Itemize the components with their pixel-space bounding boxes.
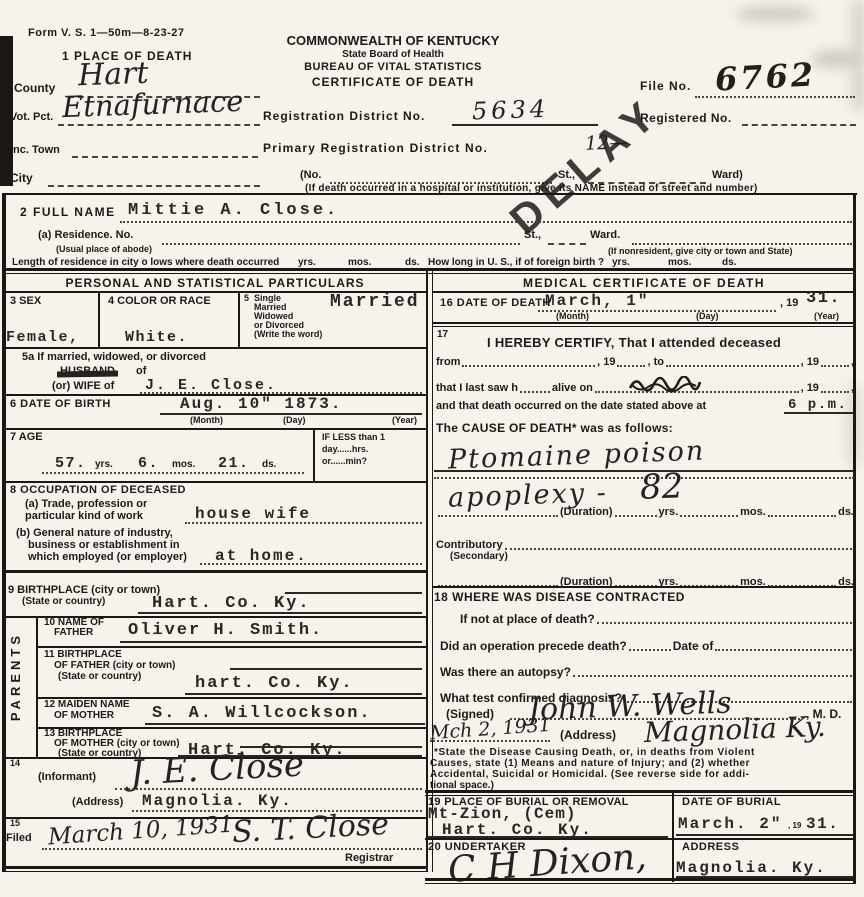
burial-cell-divider xyxy=(672,790,674,882)
county-label: County xyxy=(14,82,55,95)
undertaker-address-value: Magnolia. Ky. xyxy=(676,860,827,876)
father-bp-l2: OF FATHER (city or town) xyxy=(54,661,175,672)
age-months-value: 6. xyxy=(138,456,159,471)
occupation-a2: particular kind of work xyxy=(25,511,143,523)
disease-section-rule xyxy=(433,586,856,588)
alive-tail: , xyxy=(851,383,854,395)
burial-date-line xyxy=(676,834,854,836)
father-bp-l3: (State or country) xyxy=(58,672,141,683)
informant-signature: J. E. Close xyxy=(129,747,305,790)
residence-line xyxy=(162,243,520,245)
bureau-subtitle: BUREAU OF VITAL STATISTICS xyxy=(268,62,518,74)
certify-num: 17 xyxy=(437,330,448,341)
cell-divider xyxy=(238,292,240,347)
from-19-line xyxy=(617,365,645,367)
or-min-label: or......min? xyxy=(322,457,367,466)
burial-date-month: March. 2" xyxy=(678,816,782,832)
bottom-rule-a xyxy=(425,878,856,881)
filed-num: 15 xyxy=(10,819,20,828)
dob-label: 6 DATE OF BIRTH xyxy=(10,399,111,411)
certify-line: I HEREBY CERTIFY, That I attended deceas… xyxy=(487,336,781,350)
duration1-ds: ds. xyxy=(838,507,854,519)
scan-smudge xyxy=(735,6,815,22)
how-long-mos: mos. xyxy=(668,258,691,269)
sex-label: 3 SEX xyxy=(10,296,41,308)
length-ds: ds. xyxy=(405,258,419,269)
not-at-place-line: If not at place of death? xyxy=(460,611,854,626)
informant-num: 14 xyxy=(10,759,20,768)
physician-address-value: Magnolia Ky. xyxy=(644,713,827,747)
county-value: Hart xyxy=(77,59,148,91)
or-wife-of-label: (or) WIFE of xyxy=(52,381,114,393)
operation-fill-b xyxy=(715,649,852,651)
dod-year-label: (Year) xyxy=(814,312,839,321)
dob-day-label: (Day) xyxy=(283,416,306,425)
age-days-unit: ds. xyxy=(262,460,276,471)
occurred-line: and that death occurred on the date stat… xyxy=(436,401,706,413)
occupation-a1: (a) Trade, profession or xyxy=(25,499,147,511)
ward-label: Ward) xyxy=(712,170,743,182)
contributory-line: Contributory xyxy=(436,537,854,552)
inc-town-line xyxy=(72,156,258,158)
color-race-value: White. xyxy=(125,330,188,345)
dod-rule-b xyxy=(433,326,856,327)
vot-pct-value: Etnafurnace xyxy=(62,87,244,122)
cell-divider xyxy=(98,292,100,347)
marital-write-word: (Write the word) xyxy=(254,330,322,339)
alive-19: , 19 xyxy=(801,383,819,395)
box-border-left xyxy=(2,193,6,872)
reg-district-label: Registration District No. xyxy=(263,110,425,123)
dob-month-label: (Month) xyxy=(190,416,223,425)
father-bp-l1: 11 BIRTHPLACE xyxy=(44,650,122,661)
dod-day-label: (Day) xyxy=(696,312,719,321)
marital-num: 5 xyxy=(244,294,249,303)
dod-rule-a xyxy=(433,322,856,324)
autopsy-fill xyxy=(573,675,852,677)
length-label: Length of residence in city o lows where… xyxy=(12,258,279,269)
from-tail: , xyxy=(851,357,854,369)
duration1-c xyxy=(768,515,836,517)
age-months-unit: mos. xyxy=(172,460,195,471)
age-label: 7 AGE xyxy=(10,432,43,444)
file-no-value: 6762 xyxy=(714,55,817,98)
residence-ward-label: Ward. xyxy=(590,230,620,242)
medical-section-header: MEDICAL CERTIFICATE OF DEATH xyxy=(433,277,855,290)
duration1-b xyxy=(680,515,738,517)
age-line xyxy=(42,472,304,474)
date-of-death-value: March, 1" xyxy=(545,293,649,309)
mother-maiden-line xyxy=(145,723,425,725)
cause-of-death-label: The CAUSE OF DEATH* was as follows: xyxy=(436,422,673,435)
reg-district-line xyxy=(452,124,598,126)
personal-section-header: PERSONAL AND STATISTICAL PARTICULARS xyxy=(4,277,426,290)
vot-pct-line xyxy=(58,124,260,126)
parents-cell-divider xyxy=(36,616,38,757)
from-19: , 19 xyxy=(597,357,615,369)
duration1-lead xyxy=(438,515,558,517)
to-19-line xyxy=(821,365,849,367)
date-of-death-19: , 19 xyxy=(780,298,798,310)
autopsy-label: Was there an autopsy? xyxy=(440,666,571,679)
commonwealth-title: COMMONWEALTH OF KENTUCKY xyxy=(268,34,518,48)
row-rule xyxy=(2,570,428,573)
registrar-label: Registrar xyxy=(345,853,393,865)
from-label: from xyxy=(436,357,460,369)
city-line xyxy=(48,185,260,187)
registrar-signature: S. T. Close xyxy=(231,810,389,848)
occupation-label: 8 OCCUPATION OF DECEASED xyxy=(10,485,186,497)
occupation-b2: business or establishment in xyxy=(28,540,180,552)
if-less-label: IF LESS than 1 xyxy=(322,433,385,442)
alive-on-label: alive on xyxy=(552,383,593,395)
vot-pct-label: Vot. Pct. xyxy=(10,112,53,124)
reg-district-value: 5634 xyxy=(472,97,550,124)
state-board-subtitle: State Board of Health xyxy=(268,50,518,61)
dob-year-label: (Year) xyxy=(392,416,417,425)
file-no-label: File No. xyxy=(640,80,691,93)
sex-value: Female, xyxy=(6,330,80,345)
operation-line: Did an operation precede death? Date of xyxy=(440,638,854,653)
occupation-b-line xyxy=(200,563,422,565)
to-line xyxy=(666,365,799,367)
duration-line-1: (Duration) yrs. mos. ds. xyxy=(436,504,854,519)
last-saw-label: that I last saw h xyxy=(436,383,518,395)
abode-note: (Usual place of abode) xyxy=(56,245,152,254)
date-of-death-label: 16 DATE OF DEATH xyxy=(440,298,551,310)
death-time-line xyxy=(784,412,854,414)
inc-town-label: Inc. Town xyxy=(10,145,60,157)
burial-date-label: DATE OF BURIAL xyxy=(682,797,781,809)
bottom-rule-b xyxy=(425,883,856,884)
length-mos: mos. xyxy=(348,258,371,269)
footnote-l1: *State the Disease Causing Death, or, in… xyxy=(434,748,755,759)
father-name-l2: FATHER xyxy=(54,628,93,639)
parents-vertical-label: PARENTS xyxy=(8,632,23,721)
filed-label: Filed xyxy=(6,833,32,845)
informant-label: (Informant) xyxy=(38,772,96,784)
footnote-l2: Causes, state (1) Means and nature of In… xyxy=(430,759,750,770)
occupation-b1: (b) General nature of industry, xyxy=(16,528,173,540)
informant-line xyxy=(115,788,422,790)
undertaker-address-label: ADDRESS xyxy=(682,842,739,854)
mother-maiden-value: S. A. Willcockson. xyxy=(152,705,372,722)
age-years-value: 57. xyxy=(55,456,87,471)
occupation-b-value: at home. xyxy=(215,548,308,564)
birthplace-value: Hart. Co. Ky. xyxy=(152,595,311,612)
age-subbox-divider xyxy=(313,428,315,481)
left-bottom-rule-b xyxy=(2,871,428,872)
last-saw-blank xyxy=(520,391,550,393)
marital-value: Married xyxy=(330,293,420,311)
not-at-place-label: If not at place of death? xyxy=(460,613,595,626)
full-name-label: 2 FULL NAME xyxy=(20,206,116,219)
death-time-value: 6 p.m. xyxy=(788,398,847,412)
length-yrs: yrs. xyxy=(298,258,316,269)
footnote-l3: Accidental, Suicidal or Homicidal. (See … xyxy=(430,770,749,781)
occupation-a-line xyxy=(185,522,422,524)
box-border-top xyxy=(2,193,857,195)
duration1-mos: mos. xyxy=(740,507,766,519)
contributory-fill xyxy=(505,548,852,550)
age-years-unit: yrs. xyxy=(95,460,113,471)
duration1-yrs: yrs. xyxy=(659,507,679,519)
full-name-value: Mittie A. Close. xyxy=(128,202,339,219)
informant-address-label: (Address) xyxy=(72,797,123,809)
no-paren-label: (No. xyxy=(300,170,321,182)
from-line xyxy=(462,365,595,367)
left-bottom-rule-a xyxy=(2,866,428,869)
husband-struck: HUSBAND xyxy=(60,366,115,378)
not-at-place-fill xyxy=(597,622,852,624)
to-label: , to xyxy=(647,357,664,369)
husband-of: of xyxy=(136,366,146,378)
primary-reg-label: Primary Registration District No. xyxy=(263,142,488,155)
alive-19-line xyxy=(821,391,849,393)
section-double-rule-b xyxy=(2,273,856,274)
to-19: , 19 xyxy=(801,357,819,369)
full-name-line xyxy=(120,221,852,223)
age-days-value: 21. xyxy=(218,456,250,471)
wife-of-value: J. E. Close. xyxy=(145,378,277,393)
father-name-value: Oliver H. Smith. xyxy=(128,622,323,639)
certify-from-line: from , 19 , to , 19 , xyxy=(436,354,854,369)
scribble-strikeout-icon xyxy=(628,376,704,394)
occupation-b3: which employed (or employer) xyxy=(28,552,187,564)
father-bp-value: hart. Co. Ky. xyxy=(195,675,354,692)
burial-rule-a xyxy=(425,790,856,793)
color-race-label: 4 COLOR OR RACE xyxy=(108,296,211,308)
informant-address-value: Magnolia. Ky. xyxy=(142,793,293,809)
scan-smudge xyxy=(846,0,864,110)
physician-address-label: (Address) xyxy=(560,729,616,742)
row-rule xyxy=(2,481,428,483)
secondary-label: (Secondary) xyxy=(450,552,508,563)
father-name-line xyxy=(120,641,422,643)
operation-fill-a xyxy=(629,649,671,651)
occupation-a-value: house wife xyxy=(195,506,311,522)
day-hrs-label: day......hrs. xyxy=(322,445,368,454)
date-of-death-year: 31. xyxy=(806,290,841,307)
how-long-label: How long in U. S., if of foreign birth ? xyxy=(428,258,604,269)
physician-date-line xyxy=(430,740,550,742)
row-rule xyxy=(2,347,428,349)
registered-no-line xyxy=(742,124,856,126)
disease-contracted-label: 18 WHERE WAS DISEASE CONTRACTED xyxy=(434,591,685,604)
row-rule xyxy=(2,428,428,430)
birthplace-line xyxy=(138,612,422,614)
residence-label: (a) Residence. No. xyxy=(38,230,133,242)
residence-ward-line xyxy=(632,243,852,245)
duration1-a xyxy=(615,515,657,517)
how-long-yrs: yrs. xyxy=(612,258,630,269)
birthplace-label: 9 BIRTHPLACE (city or town) xyxy=(8,585,160,597)
burial-date-19: , 19 xyxy=(788,822,801,830)
mother-maiden-l1: 12 MAIDEN NAME xyxy=(44,700,130,711)
dob-value: Aug. 10" 1873. xyxy=(180,396,342,412)
mother-maiden-l2: OF MOTHER xyxy=(54,711,114,722)
filed-line xyxy=(42,848,422,850)
father-bp-line xyxy=(185,693,422,695)
birthplace-sub: (State or country) xyxy=(22,597,105,608)
duration1-label: (Duration) xyxy=(560,507,613,519)
residence-st-line xyxy=(548,243,586,245)
autopsy-line: Was there an autopsy? xyxy=(440,664,854,679)
certificate-title: CERTIFICATE OF DEATH xyxy=(268,76,518,89)
burial-place-value-1: Mt-Zion, (Cem) xyxy=(428,806,576,822)
cause2-duration-value: 82 xyxy=(639,469,683,504)
how-long-ds: ds. xyxy=(722,258,736,269)
form-number: Form V. S. 1—50m—8-23-27 xyxy=(28,28,185,40)
nonresident-note: (If nonresident, give city or town and S… xyxy=(608,247,793,256)
row-rule xyxy=(36,646,426,648)
date-of-label: Date of xyxy=(673,640,714,653)
dod-month-label: (Month) xyxy=(556,312,589,321)
operation-label: Did an operation precede death? xyxy=(440,640,627,653)
city-label: City xyxy=(10,172,33,185)
married-to-label: 5a If married, widowed, or divorced xyxy=(22,352,206,364)
section-double-rule-a xyxy=(2,268,856,271)
burial-date-year: 31. xyxy=(806,816,839,832)
residence-st-label: St., xyxy=(524,230,541,242)
father-bp-line-top xyxy=(230,668,422,670)
